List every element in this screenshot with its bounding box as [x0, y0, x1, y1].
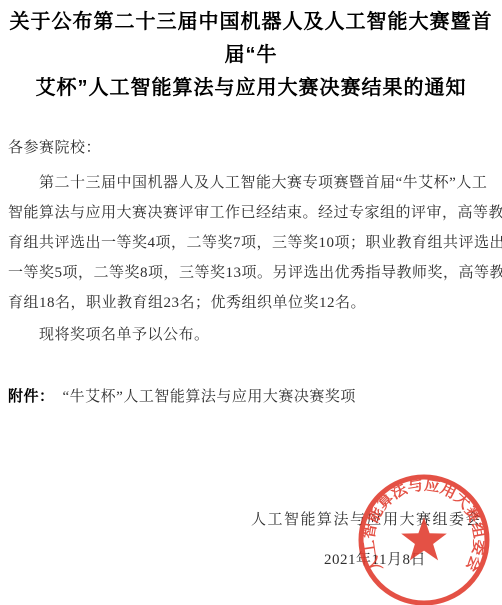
attachment-label: 附件：	[8, 388, 55, 405]
document-title-line1: 关于公布第二十三届中国机器人及人工智能大赛暨首届“牛	[0, 6, 502, 72]
document-title: 关于公布第二十三届中国机器人及人工智能大赛暨首届“牛 艾杯”人工智能算法与应用大…	[0, 0, 502, 105]
attachment-line: 附件：“牛艾杯”人工智能算法与应用大赛决赛奖项	[8, 385, 356, 406]
seal-ring	[361, 477, 487, 603]
notice-document-page: 关于公布第二十三届中国机器人及人工智能大赛暨首届“牛 艾杯”人工智能算法与应用大…	[0, 0, 502, 605]
salutation: 各参赛院校：	[8, 133, 494, 163]
signature-date: 2021年11月8日	[324, 548, 426, 569]
paragraph1-line3: 育组共评选出一等奖4项，二等奖7项，三等奖10项；职业教育组共评选出	[8, 228, 494, 258]
official-seal: 人工智能算法与应用大赛组委会	[352, 468, 496, 605]
signature-organization: 人工智能算法与应用大赛组委会	[251, 508, 482, 529]
document-title-line2: 艾杯”人工智能算法与应用大赛决赛结果的通知	[0, 72, 502, 105]
paragraph1-line5: 育组18名，职业教育组23名；优秀组织单位奖12名。	[8, 288, 494, 318]
document-body: 各参赛院校： 第二十三届中国机器人及人工智能大赛专项赛暨首届“牛艾杯”人工 智能…	[8, 133, 494, 350]
paragraph2: 现将奖项名单予以公布。	[8, 320, 494, 350]
paragraph1-line4: 一等奖5项，二等奖8项，三等奖13项。另评选出优秀指导教师奖，高等教	[8, 258, 494, 288]
attachment-text: “牛艾杯”人工智能算法与应用大赛决赛奖项	[63, 389, 356, 405]
paragraph1-line1: 第二十三届中国机器人及人工智能大赛专项赛暨首届“牛艾杯”人工	[8, 168, 494, 198]
paragraph1-line2: 智能算法与应用大赛决赛评审工作已经结束。经过专家组的评审，高等教	[8, 198, 494, 228]
